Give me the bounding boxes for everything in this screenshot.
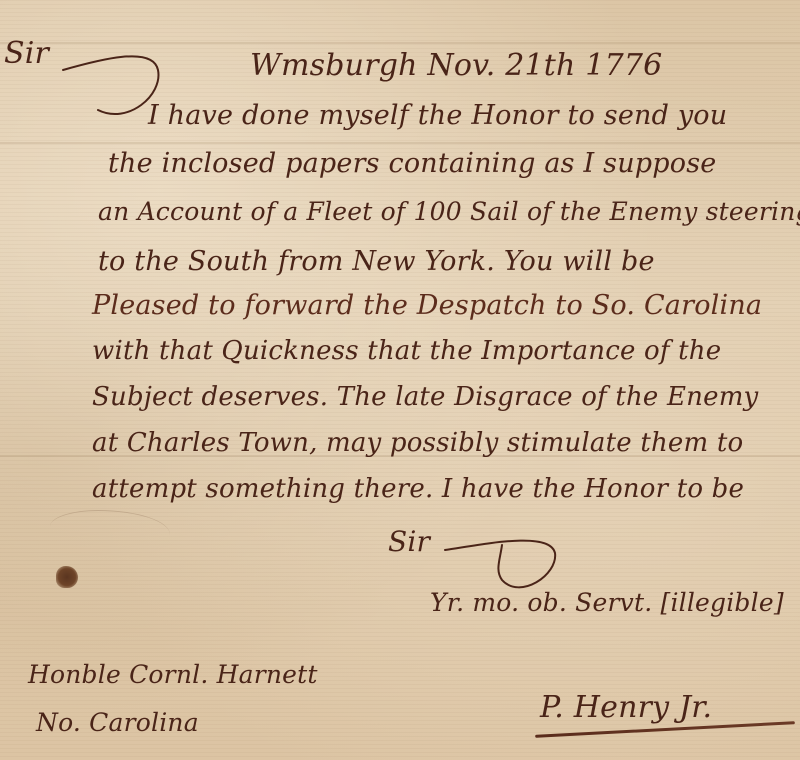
body-line: attempt something there. I have the Hono… [92, 474, 744, 504]
dateline-place: Wmsburgh [250, 48, 418, 83]
complimentary-close: Yr. mo. ob. Servt. [illegible] [430, 588, 784, 617]
body-line: I have done myself the Honor to send you [148, 100, 727, 131]
body-line: to the South from New York. You will be [98, 246, 655, 277]
paper-fold [0, 42, 800, 44]
salutation: Sir [4, 36, 49, 71]
body-line: an Account of a Fleet of 100 Sail of the… [98, 197, 800, 226]
letter-sheet: Sir Wmsburgh Nov. 21th 1776 I have done … [0, 0, 800, 760]
water-stain [50, 510, 170, 551]
closing-salutation: Sir [388, 525, 430, 558]
dateline: Wmsburgh Nov. 21th 1776 [250, 48, 662, 83]
body-line: with that Quickness that the Importance … [92, 336, 721, 366]
body-line: the inclosed papers containing as I supp… [108, 148, 716, 179]
signature: P. Henry Jr. [540, 690, 712, 725]
ink-blot [56, 566, 78, 588]
body-line: Subject deserves. The late Disgrace of t… [92, 382, 758, 412]
dateline-date: Nov. 21th 1776 [427, 48, 662, 83]
body-line: at Charles Town, may possibly stimulate … [92, 428, 743, 458]
addressee-place: No. Carolina [36, 708, 199, 737]
body-line: Pleased to forward the Despatch to So. C… [92, 290, 762, 321]
paper-fold [0, 142, 800, 144]
addressee-name: Honble Cornl. Harnett [28, 660, 318, 689]
